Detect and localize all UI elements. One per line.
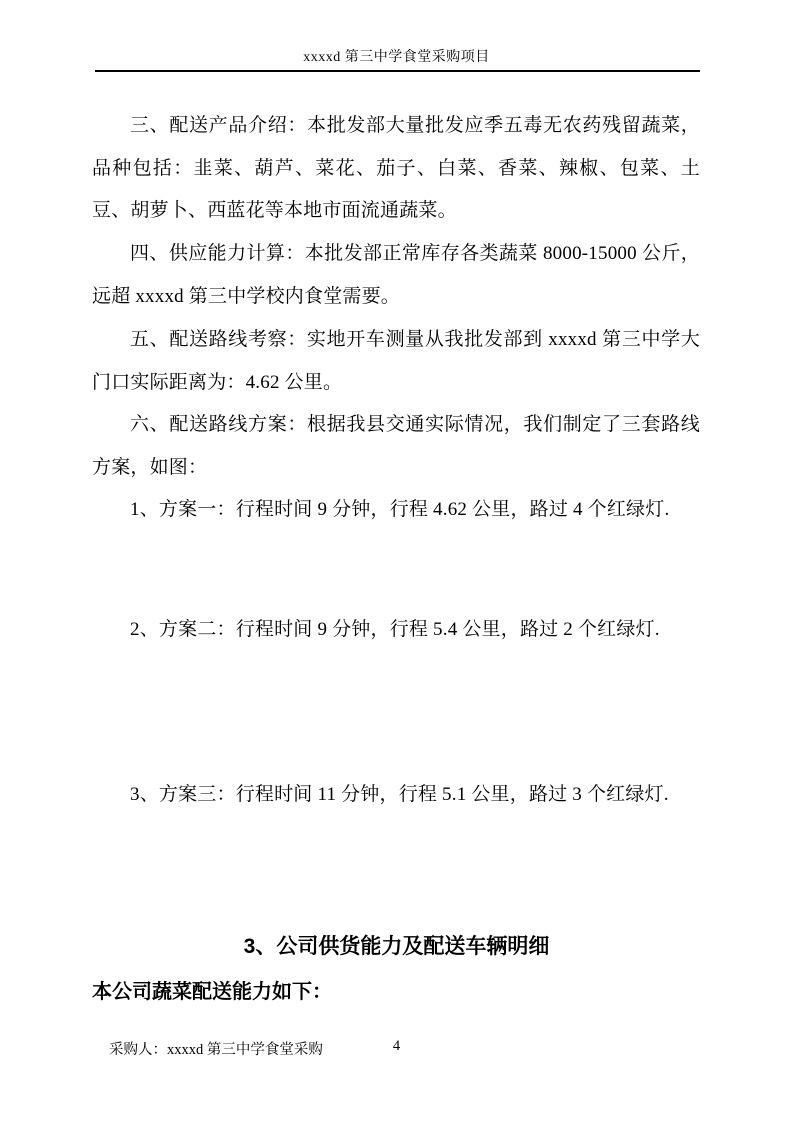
paragraph-route-scheme-intro: 六、配送路线方案：根据我县交通实际情况，我们制定了三套路线方案，如图： xyxy=(92,404,700,489)
paragraph-supply-capacity: 四、供应能力计算：本批发部正常库存各类蔬菜 8000-15000 公斤，远超 x… xyxy=(92,233,700,318)
paragraph-route-survey: 五、配送路线考察：实地开车测量从我批发部到 xxxxd 第三中学大门口实际距离为… xyxy=(92,319,700,404)
lead-in-delivery-capacity: 本公司蔬菜配送能力如下： xyxy=(92,978,700,1006)
route-plan-2: 2、方案二：行程时间 9 分钟，行程 5.4 公里，路过 2 个红绿灯. xyxy=(92,609,700,652)
header-rule xyxy=(95,70,700,72)
paragraph-delivery-products: 三、配送产品介绍：本批发部大量批发应季五毒无农药残留蔬菜，品种包括：韭菜、葫芦、… xyxy=(92,105,700,233)
route-plan-1: 1、方案一：行程时间 9 分钟，行程 4.62 公里，路过 4 个红绿灯. xyxy=(92,489,700,532)
route-plan-3: 3、方案三：行程时间 11 分钟，行程 5.1 公里，路过 3 个红绿灯. xyxy=(92,774,700,817)
header-title: xxxxd 第三中学食堂采购项目 xyxy=(0,46,793,66)
footer-page-number: 4 xyxy=(0,1038,793,1055)
document-page: xxxxd 第三中学食堂采购项目 三、配送产品介绍：本批发部大量批发应季五毒无农… xyxy=(0,0,793,1122)
section-heading-supply-capacity: 3、公司供货能力及配送车辆明细 xyxy=(0,932,793,962)
